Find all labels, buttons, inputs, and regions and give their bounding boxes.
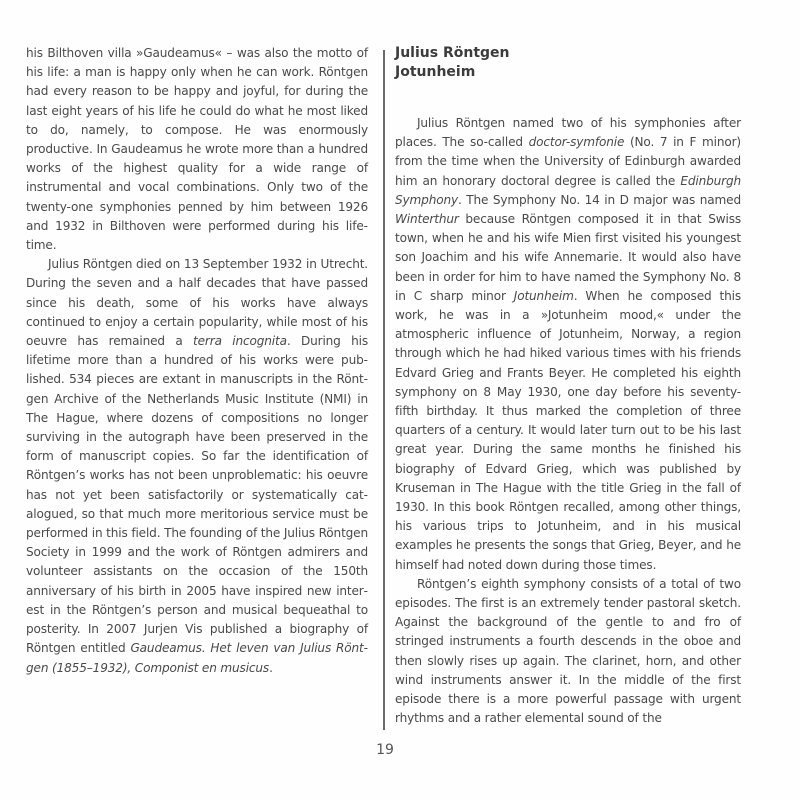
right-column: Julius Röntgen Jotunheim Julius Röntgen … — [395, 44, 741, 729]
italic-term: terra incognita — [193, 334, 287, 348]
heading-composer: Julius Röntgen — [395, 44, 741, 63]
left-paragraph-2: Julius Röntgen died on 13 September 1932… — [26, 255, 368, 677]
italic-term: doctor-symfonie — [529, 135, 625, 149]
column-divider — [383, 50, 385, 730]
heading-title: Jotunheim — [395, 63, 741, 82]
left-paragraph-1: his Bilthoven villa »Gaudeamus« – was al… — [26, 44, 368, 255]
page-number: 19 — [372, 742, 398, 758]
right-paragraph-2: Röntgen’s eighth symphony consists of a … — [395, 575, 741, 729]
text-segment: . — [269, 661, 273, 675]
italic-term: Jotunheim — [514, 289, 574, 303]
text-segment: . When he composed this work, he was in … — [395, 289, 741, 572]
text-segment: Röntgen’s eighth symphony consists of a … — [395, 577, 741, 725]
book-page: his Bilthoven villa »Gaudeamus« – was al… — [0, 0, 800, 800]
section-heading: Julius Röntgen Jotunheim — [395, 44, 741, 82]
right-paragraph-1: Julius Röntgen named two of his symphoni… — [395, 114, 741, 575]
text-segment: . During his lifetime more than a hundre… — [26, 334, 368, 655]
text-segment: his Bilthoven villa »Gaudeamus« – was al… — [26, 46, 368, 252]
text-segment: . The Symphony No. 14 in D major was nam… — [458, 193, 741, 207]
left-column: his Bilthoven villa »Gaudeamus« – was al… — [26, 44, 368, 678]
italic-term: Winterthur — [395, 212, 459, 226]
